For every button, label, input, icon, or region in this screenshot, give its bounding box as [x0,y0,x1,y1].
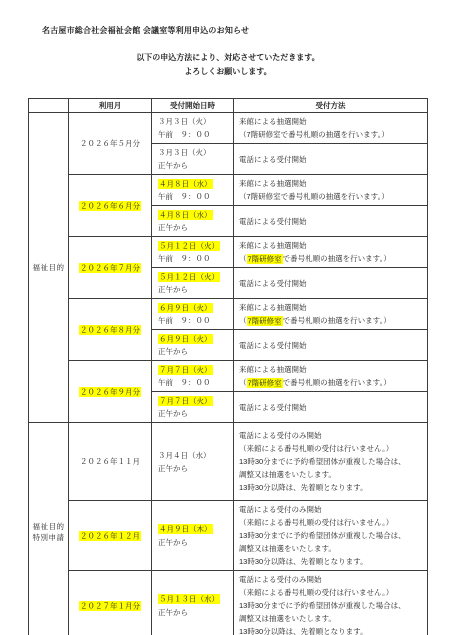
text-line: 調整又は抽選をいたします。 [239,468,425,481]
table-row: ２０２６年７月分５月１２日（火）午前 ９：００来館による抽選開始（7階研修室で番… [29,237,428,268]
intro-line-1: 以下の申込方法により、対応させていただきます。 [0,51,456,65]
text-line: 午前 ９：００ [158,376,231,389]
text-line: ６月９日（火） [158,301,231,314]
text-line: 午前 ９：００ [158,190,231,203]
text-segment: で番号札順の抽選を行います。） [283,254,391,263]
text-segment: で番号札順の抽選を行います。） [283,316,391,325]
text-line: ３月４日（水） [158,449,231,462]
text-segment: 正午から [158,161,188,170]
text-segment: ３月４日（水） [158,451,211,460]
highlighted-text: ６月９日（火） [158,303,213,313]
text-segment: （7階研修室で番号札順の抽選を行います。） [239,192,389,201]
text-segment: 電話による受付開始 [239,279,307,288]
text-line: （来館による番号札順の受付は行いません。） [239,586,425,599]
text-line: ４月９日（木） [158,523,231,536]
text-segment: 電話による受付開始 [239,217,307,226]
text-segment: 電話による受付のみ開始 [239,575,322,584]
intro-line-2: よろしくお願いします。 [0,65,456,79]
page-title: 名古屋市総合社会福祉会館 会議室等利用申込のお知らせ [42,25,249,36]
text-line: ４月８日（水） [158,177,231,190]
text-segment: で番号札順の抽選を行います。） [283,378,391,387]
text-segment: 正午から [158,223,188,232]
schedule-table-body: 福祉目的２０２６年５月分３月３日（火）午前 ９：００来館による抽選開始（7階研修… [29,113,428,635]
highlighted-text: 7階研修室 [247,316,283,326]
table-row: ２０２７年１月分５月１３日（水）正午から電話による受付のみ開始（来館による番号札… [29,571,428,635]
text-line: ７月７日（火） [158,363,231,376]
highlighted-text: ２０２６年８月分 [79,325,141,335]
text-segment: （ [239,316,247,325]
month-cell: ２０２７年１月分 [69,571,152,635]
highlighted-text: ７月７日（火） [158,396,213,406]
text-line: 電話による受付開始 [239,277,425,290]
date-cell: ５月１３日（水）正午から [152,571,234,635]
text-segment: 13時30分までに予約希望団体が重複した場合は、 [239,601,406,610]
text-line: 正午から [158,536,231,549]
text-line: ７月７日（火） [158,394,231,407]
highlighted-text: ６月９日（火） [158,334,213,344]
text-segment: 13時30分以降は、先着順となります。 [239,483,368,492]
header-cell: 受付開始日時 [152,99,234,113]
text-segment: 来館による抽選開始 [239,117,307,126]
table-row: 福祉目的２０２６年５月分３月３日（火）午前 ９：００来館による抽選開始（7階研修… [29,113,428,144]
text-segment: ２０２６年５月分 [80,139,140,148]
text-line: ４月８日（水） [158,208,231,221]
date-cell: ３月３日（火）正午から [152,144,234,175]
date-cell: ５月１２日（火）正午から [152,268,234,299]
text-line: 13時30分までに予約希望団体が重複した場合は、 [239,529,425,542]
month-cell: ２０２６年８月分 [69,299,152,361]
highlighted-text: ２０２６年７月分 [79,263,141,273]
schedule-table: 利用月受付開始日時受付方法 福祉目的２０２６年５月分３月３日（火）午前 ９：００… [28,98,428,635]
text-line: 調整又は抽選をいたします。 [239,542,425,555]
text-line: 電話による受付のみ開始 [239,503,425,516]
text-line: 電話による受付開始 [239,153,425,166]
text-line: 電話による受付開始 [239,401,425,414]
text-line: 来館による抽選開始 [239,363,425,376]
text-line: 正午から [158,159,231,172]
date-cell: ３月４日（水）正午から [152,423,234,501]
month-cell: ２０２６年９月分 [69,361,152,423]
text-segment: 来館による抽選開始 [239,179,307,188]
text-line: 正午から [158,283,231,296]
text-line: （7階研修室で番号札順の抽選を行います。） [239,252,425,265]
text-line: 調整又は抽選をいたします。 [239,612,425,625]
text-line: 午前 ９：００ [158,314,231,327]
text-line: 13時30分以降は、先着順となります。 [239,555,425,568]
header-row: 利用月受付開始日時受付方法 [29,99,428,113]
text-segment: ２０２６年１１月 [80,457,140,466]
method-cell: 来館による抽選開始（7階研修室で番号札順の抽選を行います。） [234,113,428,144]
text-segment: 電話による受付開始 [239,403,307,412]
text-line: 13時30分までに予約希望団体が重複した場合は、 [239,455,425,468]
highlighted-text: ４月８日（水） [158,210,213,220]
method-cell: 電話による受付開始 [234,268,428,299]
table-row: 福祉目的特別申請２０２６年１１月３月４日（水）正午から電話による受付のみ開始（来… [29,423,428,501]
text-segment: 電話による受付開始 [239,155,307,164]
highlighted-text: ４月８日（水） [158,179,213,189]
date-cell: ７月７日（火）午前 ９：００ [152,361,234,392]
text-line: 正午から [158,462,231,475]
text-segment: ３月３日（火） [158,148,211,157]
table-row: ２０２６年８月分６月９日（火）午前 ９：００来館による抽選開始（7階研修室で番号… [29,299,428,330]
text-segment: 午前 ９：００ [158,378,211,387]
text-line: （7階研修室で番号札順の抽選を行います。） [239,190,425,203]
method-cell: 電話による受付のみ開始（来館による番号札順の受付は行いません。）13時30分まで… [234,423,428,501]
text-segment: （ [239,378,247,387]
header-cell: 受付方法 [234,99,428,113]
text-line: 電話による受付のみ開始 [239,429,425,442]
text-segment: （7階研修室で番号札順の抽選を行います。） [239,130,389,139]
method-cell: 電話による受付開始 [234,392,428,423]
text-line: ５月１３日（水） [158,593,231,606]
text-segment: 電話による受付開始 [239,341,307,350]
method-cell: 来館による抽選開始（7階研修室で番号札順の抽選を行います。） [234,361,428,392]
highlighted-text: ５月１２日（火） [158,241,220,251]
table-row: ２０２６年６月分４月８日（水）午前 ９：００来館による抽選開始（7階研修室で番号… [29,175,428,206]
highlighted-text: ２０２６年１２月 [79,531,141,541]
header-cell: 利用月 [69,99,152,113]
intro-text: 以下の申込方法により、対応させていただきます。 よろしくお願いします。 [0,51,456,79]
method-cell: 電話による受付開始 [234,330,428,361]
method-cell: 来館による抽選開始（7階研修室で番号札順の抽選を行います。） [234,237,428,268]
text-segment: （ [239,254,247,263]
highlighted-text: ２０２６年９月分 [79,387,141,397]
category-cell: 福祉目的 [29,113,69,423]
date-cell: ６月９日（火）正午から [152,330,234,361]
method-cell: 来館による抽選開始（7階研修室で番号札順の抽選を行います。） [234,175,428,206]
header-cell [29,99,69,113]
text-segment: 13時30分以降は、先着順となります。 [239,557,368,566]
text-segment: 正午から [158,464,188,473]
text-segment: 13時30分以降は、先着順となります。 [239,627,368,635]
date-cell: ７月７日（火）正午から [152,392,234,423]
text-line: ６月９日（火） [158,332,231,345]
highlighted-text: ５月１２日（火） [158,272,220,282]
text-segment: （来館による番号札順の受付は行いません。） [239,444,393,453]
text-segment: 午前 ９：００ [158,316,211,325]
text-line: 正午から [158,345,231,358]
text-line: （7階研修室で番号札順の抽選を行います。） [239,128,425,141]
highlighted-text: ２０２６年６月分 [79,201,141,211]
date-cell: ５月１２日（火）午前 ９：００ [152,237,234,268]
text-segment: 正午から [158,608,188,617]
text-segment: 正午から [158,285,188,294]
text-line: ３月３日（火） [158,146,231,159]
method-cell: 電話による受付のみ開始（来館による番号札順の受付は行いません。）13時30分まで… [234,501,428,571]
text-segment: 電話による受付のみ開始 [239,431,322,440]
text-line: ３月３日（火） [158,115,231,128]
text-segment: 13時30分までに予約希望団体が重複した場合は、 [239,457,406,466]
method-cell: 電話による受付開始 [234,144,428,175]
document-page: 名古屋市総合社会福祉会館 会議室等利用申込のお知らせ 以下の申込方法により、対応… [0,0,456,635]
text-line: 午前 ９：００ [158,252,231,265]
month-cell: ２０２６年６月分 [69,175,152,237]
text-line: 来館による抽選開始 [239,115,425,128]
text-line: 正午から [158,606,231,619]
text-line: 午前 ９：００ [158,128,231,141]
table-row: ２０２６年９月分７月７日（火）午前 ９：００来館による抽選開始（7階研修室で番号… [29,361,428,392]
text-line: （7階研修室で番号札順の抽選を行います。） [239,314,425,327]
text-segment: 調整又は抽選をいたします。 [239,544,336,553]
text-segment: （来館による番号札順の受付は行いません。） [239,588,393,597]
text-line: ５月１２日（火） [158,270,231,283]
text-segment: 来館による抽選開始 [239,365,307,374]
method-cell: 来館による抽選開始（7階研修室で番号札順の抽選を行います。） [234,299,428,330]
text-line: 来館による抽選開始 [239,301,425,314]
text-segment: 来館による抽選開始 [239,303,307,312]
highlighted-text: 7階研修室 [247,378,283,388]
method-cell: 電話による受付開始 [234,206,428,237]
text-segment: 午前 ９：００ [158,192,211,201]
text-line: 正午から [158,407,231,420]
highlighted-text: ４月９日（木） [158,524,213,534]
text-segment: 午前 ９：００ [158,254,211,263]
date-cell: ４月８日（水）午前 ９：００ [152,175,234,206]
text-segment: （来館による番号札順の受付は行いません。） [239,518,393,527]
date-cell: ６月９日（火）午前 ９：００ [152,299,234,330]
highlighted-text: 7階研修室 [247,254,283,264]
month-cell: ２０２６年７月分 [69,237,152,299]
text-line: 13時30分までに予約希望団体が重複した場合は、 [239,599,425,612]
text-segment: 調整又は抽選をいたします。 [239,470,336,479]
text-segment: 来館による抽選開始 [239,241,307,250]
month-cell: ２０２６年５月分 [69,113,152,175]
highlighted-text: ７月７日（火） [158,365,213,375]
text-line: 来館による抽選開始 [239,177,425,190]
text-line: 13時30分以降は、先着順となります。 [239,481,425,494]
month-cell: ２０２６年１１月 [69,423,152,501]
text-segment: ３月３日（火） [158,117,211,126]
text-segment: 13時30分までに予約希望団体が重複した場合は、 [239,531,406,540]
text-line: 来館による抽選開始 [239,239,425,252]
table-row: ２０２６年１２月４月９日（木）正午から電話による受付のみ開始（来館による番号札順… [29,501,428,571]
text-line: 13時30分以降は、先着順となります。 [239,625,425,635]
text-segment: 調整又は抽選をいたします。 [239,614,336,623]
text-segment: 正午から [158,538,188,547]
highlighted-text: ２０２７年１月分 [79,601,141,611]
text-line: 電話による受付開始 [239,215,425,228]
method-cell: 電話による受付のみ開始（来館による番号札順の受付は行いません。）13時30分まで… [234,571,428,635]
month-cell: ２０２６年１２月 [69,501,152,571]
text-line: 電話による受付のみ開始 [239,573,425,586]
date-cell: ４月８日（水）正午から [152,206,234,237]
text-line: （7階研修室で番号札順の抽選を行います。） [239,376,425,389]
text-line: （来館による番号札順の受付は行いません。） [239,516,425,529]
date-cell: ３月３日（火）午前 ９：００ [152,113,234,144]
text-segment: 午前 ９：００ [158,130,211,139]
text-line: 電話による受付開始 [239,339,425,352]
text-line: （来館による番号札順の受付は行いません。） [239,442,425,455]
date-cell: ４月９日（木）正午から [152,501,234,571]
text-segment: 電話による受付のみ開始 [239,505,322,514]
category-cell: 福祉目的特別申請 [29,423,69,635]
text-segment: 正午から [158,409,188,418]
text-line: ５月１２日（火） [158,239,231,252]
text-line: 正午から [158,221,231,234]
highlighted-text: ５月１３日（水） [158,594,220,604]
text-segment: 正午から [158,347,188,356]
